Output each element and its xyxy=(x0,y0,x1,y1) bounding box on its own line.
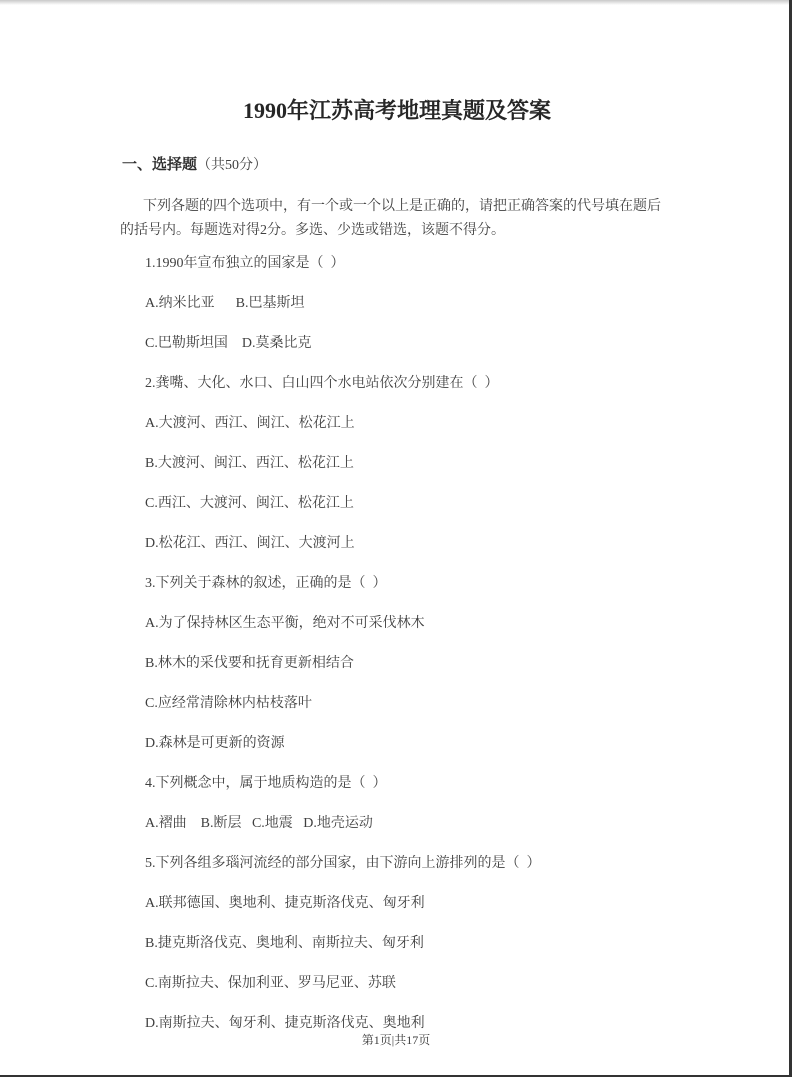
question-2-options-line: A.大渡河、西江、闽江、松花江上 xyxy=(145,415,674,432)
question-3-options-line: C.应经常清除林内枯枝落叶 xyxy=(145,695,674,712)
question-3-options-line: A.为了保持林区生态平衡，绝对不可采伐林木 xyxy=(145,615,674,632)
question-2-options-line: D.松花江、西江、闽江、大渡河上 xyxy=(145,535,674,552)
section-heading-suffix: （共50分） xyxy=(197,158,267,173)
question-5-text: 5.下列各组多瑙河流经的部分国家，由下游向上游排列的是（ ） xyxy=(145,855,674,872)
question-1: 1.1990年宣布独立的国家是（ ） A.纳米比亚 B.巴基斯坦 C.巴勒斯坦国… xyxy=(120,255,674,352)
question-2-text: 2.龚嘴、大化、水口、白山四个水电站依次分别建在（ ） xyxy=(145,375,674,392)
instructions-line: 的括号内。每题选对得2分。多选、少选或错选，该题不得分。 xyxy=(120,219,674,243)
question-5-options-line: A.联邦德国、奥地利、捷克斯洛伐克、匈牙利 xyxy=(145,895,674,912)
question-5-options-line: C.南斯拉夫、保加利亚、罗马尼亚、苏联 xyxy=(145,975,674,992)
question-3-text: 3.下列关于森林的叙述，正确的是（ ） xyxy=(145,575,674,592)
section-heading: 一、选择题（共50分） xyxy=(122,156,674,175)
question-4-options-line: A.褶曲 B.断层 C.地震 D.地壳运动 xyxy=(145,815,674,832)
question-1-text: 1.1990年宣布独立的国家是（ ） xyxy=(145,255,674,272)
question-2-options-line: C.西江、大渡河、闽江、松花江上 xyxy=(145,495,674,512)
page-title: 1990年江苏高考地理真题及答案 xyxy=(120,98,674,124)
question-2: 2.龚嘴、大化、水口、白山四个水电站依次分别建在（ ） A.大渡河、西江、闽江、… xyxy=(120,375,674,552)
question-3: 3.下列关于森林的叙述，正确的是（ ） A.为了保持林区生态平衡，绝对不可采伐林… xyxy=(120,575,674,752)
question-5: 5.下列各组多瑙河流经的部分国家，由下游向上游排列的是（ ） A.联邦德国、奥地… xyxy=(120,855,674,1032)
document-page: 1990年江苏高考地理真题及答案 一、选择题（共50分） 下列各题的四个选项中，… xyxy=(0,98,792,1032)
page-number-indicator: 第1页|共17页 xyxy=(0,1033,792,1047)
question-5-options-line: D.南斯拉夫、匈牙利、捷克斯洛伐克、奥地利 xyxy=(145,1015,674,1032)
question-1-options-line: A.纳米比亚 B.巴基斯坦 xyxy=(145,295,674,312)
top-edge-shadow xyxy=(0,0,792,5)
question-5-options-line: B.捷克斯洛伐克、奥地利、南斯拉夫、匈牙利 xyxy=(145,935,674,952)
question-4-text: 4.下列概念中，属于地质构造的是（ ） xyxy=(145,775,674,792)
question-3-options-line: D.森林是可更新的资源 xyxy=(145,735,674,752)
instructions-paragraph: 下列各题的四个选项中，有一个或一个以上是正确的，请把正确答案的代号填在题后 的括… xyxy=(120,195,674,243)
question-3-options-line: B.林木的采伐要和抚育更新相结合 xyxy=(145,655,674,672)
question-4: 4.下列概念中，属于地质构造的是（ ） A.褶曲 B.断层 C.地震 D.地壳运… xyxy=(120,775,674,832)
question-2-options-line: B.大渡河、闽江、西江、松花江上 xyxy=(145,455,674,472)
question-1-options-line: C.巴勒斯坦国 D.莫桑比克 xyxy=(145,335,674,352)
section-heading-bold: 一、选择题 xyxy=(122,157,197,173)
instructions-line: 下列各题的四个选项中，有一个或一个以上是正确的，请把正确答案的代号填在题后 xyxy=(120,195,674,219)
